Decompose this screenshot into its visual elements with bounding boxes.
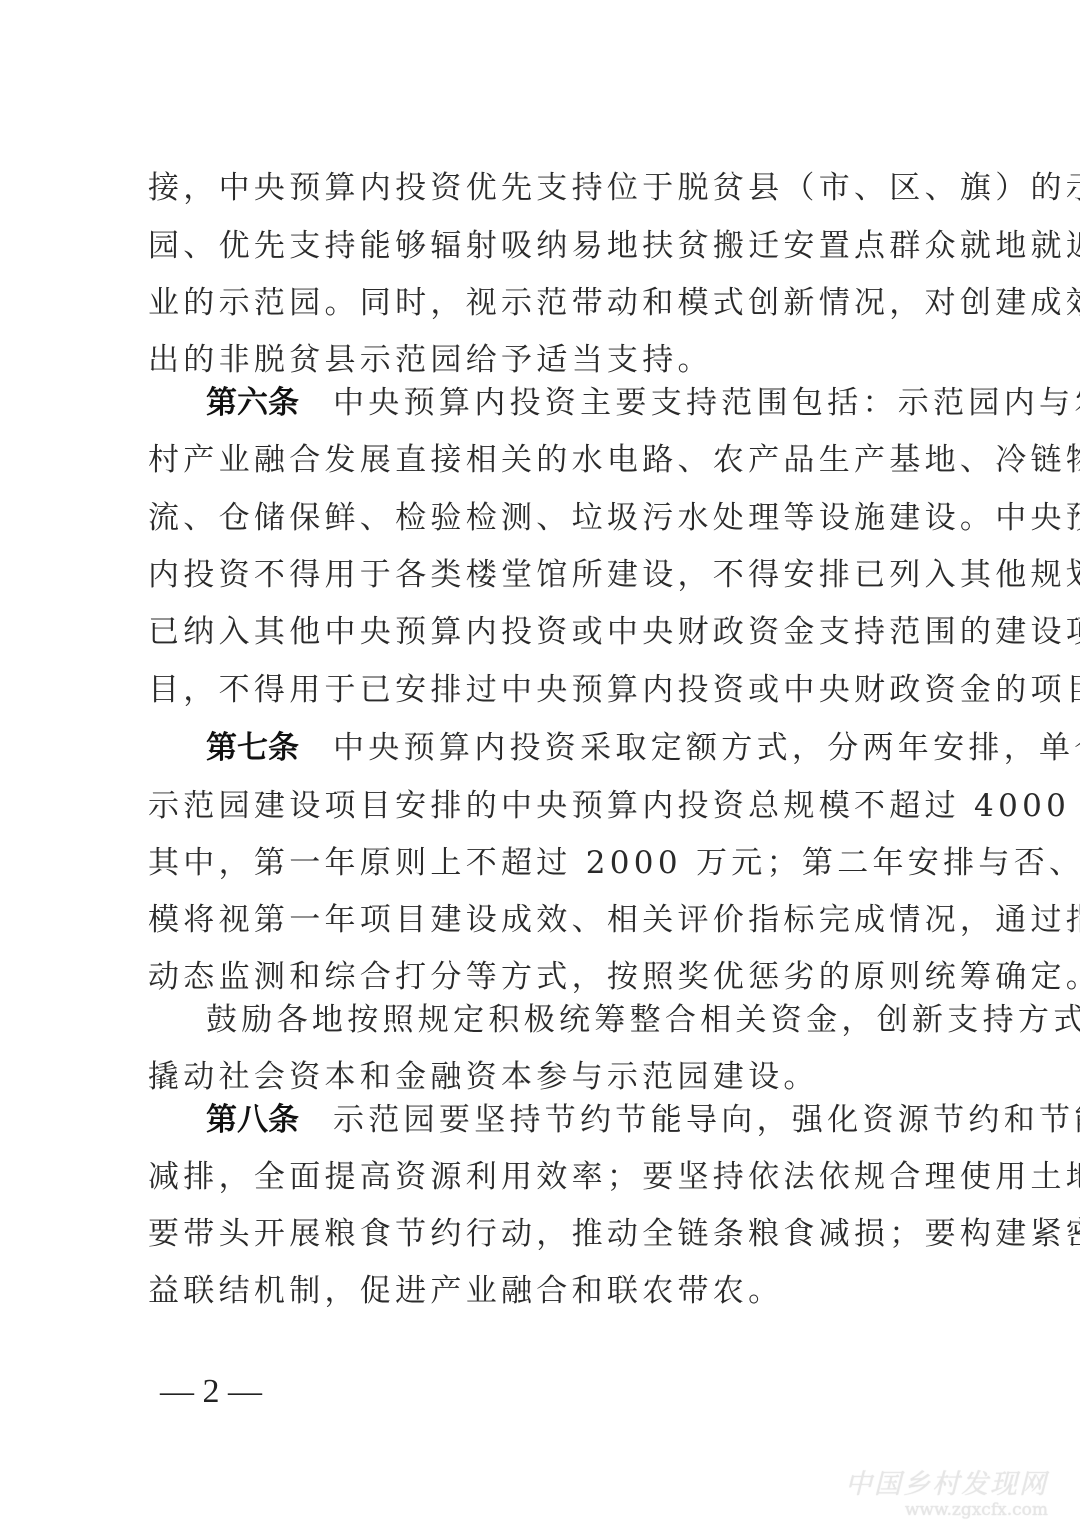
text-line: 益联结机制，促进产业融合和联农带农。	[148, 1271, 938, 1311]
text-line: 内投资不得用于各类楼堂馆所建设，不得安排已列入其他规划、	[148, 555, 938, 595]
text-line: 接，中央预算内投资优先支持位于脱贫县（市、区、旗）的示范	[148, 168, 938, 208]
article-6-heading: 第六条	[148, 385, 299, 421]
text-line: 目，不得用于已安排过中央预算内投资或中央财政资金的项目。	[148, 670, 938, 710]
article-7-first-line: 第七条中央预算内投资采取定额方式，分两年安排，单个	[148, 728, 938, 768]
text-line: 业的示范园。同时，视示范带动和模式创新情况，对创建成效突	[148, 283, 938, 323]
article-7-heading: 第七条	[148, 730, 299, 766]
article-8-heading: 第八条	[148, 1102, 299, 1138]
watermark-site-name: 中国乡村发现网	[845, 1470, 1048, 1500]
text-line: 动态监测和综合打分等方式，按照奖优惩劣的原则统筹确定。	[148, 957, 938, 997]
article-8-first-line: 第八条示范园要坚持节约节能导向，强化资源节约和节能	[148, 1100, 938, 1140]
text-line: 流、仓储保鲜、检验检测、垃圾污水处理等设施建设。中央预算	[148, 498, 938, 538]
text-segment: 示范园要坚持节约节能导向，强化资源节约和节能	[333, 1102, 1080, 1138]
article-6-first-line: 第六条中央预算内投资主要支持范围包括：示范园内与农	[148, 383, 938, 423]
text-line: 要带头开展粮食节约行动，推动全链条粮食减损；要构建紧密利	[148, 1214, 938, 1254]
text-line: 鼓励各地按照规定积极统筹整合相关资金，创新支持方式，	[206, 1000, 938, 1040]
watermark-url: www.zgxcfx.com	[845, 1500, 1048, 1520]
watermark: 中国乡村发现网 www.zgxcfx.com	[845, 1470, 1048, 1520]
text-line: 园、优先支持能够辐射吸纳易地扶贫搬迁安置点群众就地就近就	[148, 226, 938, 266]
text-segment: 中央预算内投资采取定额方式，分两年安排，单个	[333, 730, 1080, 766]
text-line: 出的非脱贫县示范园给予适当支持。	[148, 340, 938, 380]
text-segment: 中央预算内投资主要支持范围包括：示范园内与农	[333, 385, 1080, 421]
text-line: 撬动社会资本和金融资本参与示范园建设。	[148, 1057, 938, 1097]
text-line: 村产业融合发展直接相关的水电路、农产品生产基地、冷链物	[148, 440, 938, 480]
document-page: 接，中央预算内投资优先支持位于脱贫县（市、区、旗）的示范 园、优先支持能够辐射吸…	[0, 0, 1080, 1526]
text-line: 减排，全面提高资源利用效率；要坚持依法依规合理使用土地；	[148, 1157, 938, 1197]
text-line: 已纳入其他中央预算内投资或中央财政资金支持范围的建设项	[148, 612, 938, 652]
page-number: — 2 —	[160, 1372, 262, 1412]
text-line: 模将视第一年项目建设成效、相关评价指标完成情况，通过指标	[148, 900, 938, 940]
text-line: 示范园建设项目安排的中央预算内投资总规模不超过 4000 万元。	[148, 786, 938, 826]
text-line: 其中，第一年原则上不超过 2000 万元；第二年安排与否、安排规	[148, 843, 938, 883]
